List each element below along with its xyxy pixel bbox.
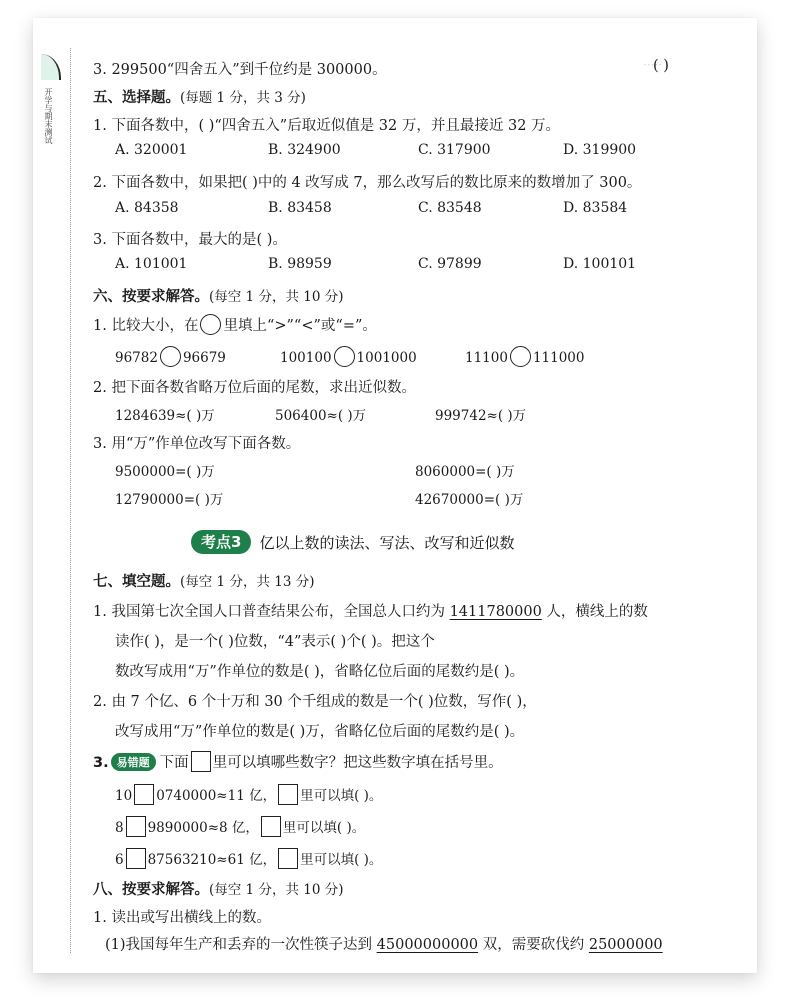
page-spine: 开学与期末测试	[33, 18, 73, 973]
choice-question-1: 1. 下面各数中，( )“四舍五入”后取近似值是 32 万，并且最接近 32 万…	[93, 114, 560, 135]
square-icon	[191, 751, 211, 772]
option-c[interactable]: C. 317900	[418, 142, 491, 158]
judgement-question-3: 3. 299500“四舍五入”到千位约是 300000。	[93, 58, 387, 79]
rewrite-item-4[interactable]: 42670000=( )万	[415, 488, 523, 508]
number-suffix: 9890000≈8 亿，	[148, 820, 259, 836]
compare-right: 111000	[533, 350, 585, 366]
fill-question-1-line-1: 1. 我国第七次全国人口普查结果公布，全国总人口约为 1411780000 人，…	[93, 600, 648, 621]
section-note: (每空 1 分，共 10 分)	[209, 882, 343, 898]
answer-blank[interactable]: 里可以填( )。	[283, 820, 365, 836]
approx-question-stem: 2. 把下面各数省略万位后面的尾数，求出近似数。	[93, 376, 416, 397]
compare-right: 1001000	[357, 350, 417, 366]
compare-item-1: 9678296679	[115, 346, 226, 367]
fill-blank-item-1: 100740000≈11 亿，里可以填( )。	[115, 784, 382, 805]
option-c[interactable]: C. 83548	[418, 200, 482, 216]
rewrite-item-1[interactable]: 9500000=( )万	[115, 460, 215, 480]
binding-dotted-line	[70, 48, 71, 953]
stem-text: 1. 比较大小，在	[93, 318, 198, 334]
choice-question-2: 2. 下面各数中，如果把( )中的 4 改写成 7，那么改写后的数比原来的数增加…	[93, 171, 641, 192]
question-text: 3. 299500“四舍五入”到千位约是 300000。	[93, 62, 387, 78]
section-title: 六、按要求解答。	[93, 289, 209, 305]
number-prefix: 6	[115, 852, 124, 868]
choice-question-3: 3. 下面各数中，最大的是( )。	[93, 228, 287, 249]
digit-box-input[interactable]	[126, 816, 146, 837]
stem-text: 1. 我国第七次全国人口普查结果公布，全国总人口约为	[93, 604, 450, 620]
rewrite-item-3[interactable]: 12790000=( )万	[115, 488, 223, 508]
read-write-question-stem: 1. 读出或写出横线上的数。	[93, 906, 271, 927]
section-6-heading: 六、按要求解答。(每空 1 分，共 10 分)	[93, 285, 343, 306]
digit-box-input[interactable]	[134, 784, 154, 805]
stem-text: 里填上“>”“<”或“=”。	[223, 318, 376, 334]
square-icon	[278, 784, 298, 805]
compare-right: 96679	[183, 350, 226, 366]
topic-pill: 考点3	[191, 530, 251, 554]
fill-question-1-line-3[interactable]: 数改写成用“万”作单位的数是( )，省略亿位后面的尾数约是( )。	[115, 660, 524, 681]
section-title: 七、填空题。	[93, 574, 180, 590]
option-a[interactable]: A. 84358	[115, 200, 179, 216]
approx-item-3[interactable]: 999742≈( )万	[435, 404, 526, 424]
question-number: 3.	[93, 755, 109, 771]
stem-text: 双，需要砍伐约	[478, 937, 589, 953]
compare-question-stem: 1. 比较大小，在里填上“>”“<”或“=”。	[93, 314, 377, 335]
error-prone-badge: 易错题	[111, 753, 156, 771]
compare-item-2: 1001001001000	[280, 346, 417, 367]
worksheet-page: 开学与期末测试 ····· 3. 299500“四舍五入”到千位约是 30000…	[33, 18, 757, 973]
number-prefix: 8	[115, 820, 124, 836]
option-d[interactable]: D. 319900	[563, 142, 636, 158]
section-note: (每题 1 分，共 3 分)	[180, 90, 306, 106]
approx-item-1[interactable]: 1284639≈( )万	[115, 404, 215, 424]
compare-left: 100100	[280, 350, 332, 366]
approx-item-2[interactable]: 506400≈( )万	[275, 404, 366, 424]
option-d[interactable]: D. 100101	[563, 256, 636, 272]
spine-decoration-icon	[41, 54, 61, 80]
stem-text: 人，横线上的数	[542, 604, 648, 620]
rewrite-item-2[interactable]: 8060000=( )万	[415, 460, 515, 480]
section-title: 五、选择题。	[93, 90, 180, 106]
option-b[interactable]: B. 324900	[268, 142, 341, 158]
stem-text: 里可以填哪些数字？把这些数字填在括号里。	[213, 755, 503, 771]
stem-text: (1)我国每年生产和丢弃的一次性筷子达到	[105, 937, 377, 953]
fill-question-2-line-1[interactable]: 2. 由 7 个亿、6 个十万和 30 个千组成的数是一个( )位数，写作( )…	[93, 690, 537, 711]
answer-blank[interactable]: 里可以填( )。	[300, 852, 382, 868]
read-write-subquestion-1: (1)我国每年生产和丢弃的一次性筷子达到 45000000000 双，需要砍伐约…	[105, 933, 663, 954]
square-icon	[261, 816, 281, 837]
square-icon	[278, 848, 298, 869]
option-a[interactable]: A. 320001	[115, 142, 187, 158]
option-b[interactable]: B. 83458	[268, 200, 332, 216]
spine-label: 开学与期末测试	[44, 88, 52, 144]
compare-circle-input[interactable]	[334, 346, 355, 367]
fill-blank-item-2: 89890000≈8 亿，里可以填( )。	[115, 816, 365, 837]
digit-box-input[interactable]	[126, 848, 146, 869]
answer-blank[interactable]: 里可以填( )。	[300, 788, 382, 804]
option-d[interactable]: D. 83584	[563, 200, 627, 216]
compare-left: 11100	[465, 350, 508, 366]
fill-blank-item-3: 687563210≈61 亿，里可以填( )。	[115, 848, 382, 869]
section-note: (每空 1 分，共 13 分)	[180, 574, 314, 590]
number-suffix: 0740000≈11 亿，	[156, 788, 276, 804]
rewrite-question-stem: 3. 用“万”作单位改写下面各数。	[93, 432, 300, 453]
underlined-number: 25000000	[589, 937, 663, 953]
section-7-heading: 七、填空题。(每空 1 分，共 13 分)	[93, 570, 314, 591]
fill-question-3-stem: 3.易错题下面里可以填哪些数字？把这些数字填在括号里。	[93, 751, 503, 772]
number-suffix: 87563210≈61 亿，	[148, 852, 277, 868]
section-5-heading: 五、选择题。(每题 1 分，共 3 分)	[93, 86, 306, 107]
underlined-number: 1411780000	[450, 604, 542, 620]
stem-text: 下面	[160, 755, 189, 771]
compare-item-3: 11100111000	[465, 346, 585, 367]
topic-title: 亿以上数的读法、写法、改写和近似数	[259, 532, 514, 553]
section-note: (每空 1 分，共 10 分)	[209, 289, 343, 305]
option-a[interactable]: A. 101001	[115, 256, 187, 272]
topic-banner: 考点3 亿以上数的读法、写法、改写和近似数	[191, 530, 514, 554]
fill-question-2-line-2[interactable]: 改写成用“万”作单位的数是( )万，省略亿位后面的尾数约是( )。	[115, 720, 524, 741]
number-prefix: 10	[115, 788, 132, 804]
section-title: 八、按要求解答。	[93, 882, 209, 898]
option-c[interactable]: C. 97899	[418, 256, 482, 272]
option-b[interactable]: B. 98959	[268, 256, 332, 272]
fill-question-1-line-2[interactable]: 读作( )，是一个( )位数，“4”表示( )个( )。把这个	[115, 630, 435, 651]
answer-paren[interactable]: ( )	[653, 58, 669, 74]
compare-left: 96782	[115, 350, 158, 366]
circle-icon	[200, 314, 221, 335]
compare-circle-input[interactable]	[510, 346, 531, 367]
compare-circle-input[interactable]	[160, 346, 181, 367]
section-8-heading: 八、按要求解答。(每空 1 分，共 10 分)	[93, 878, 343, 899]
underlined-number: 45000000000	[377, 937, 478, 953]
